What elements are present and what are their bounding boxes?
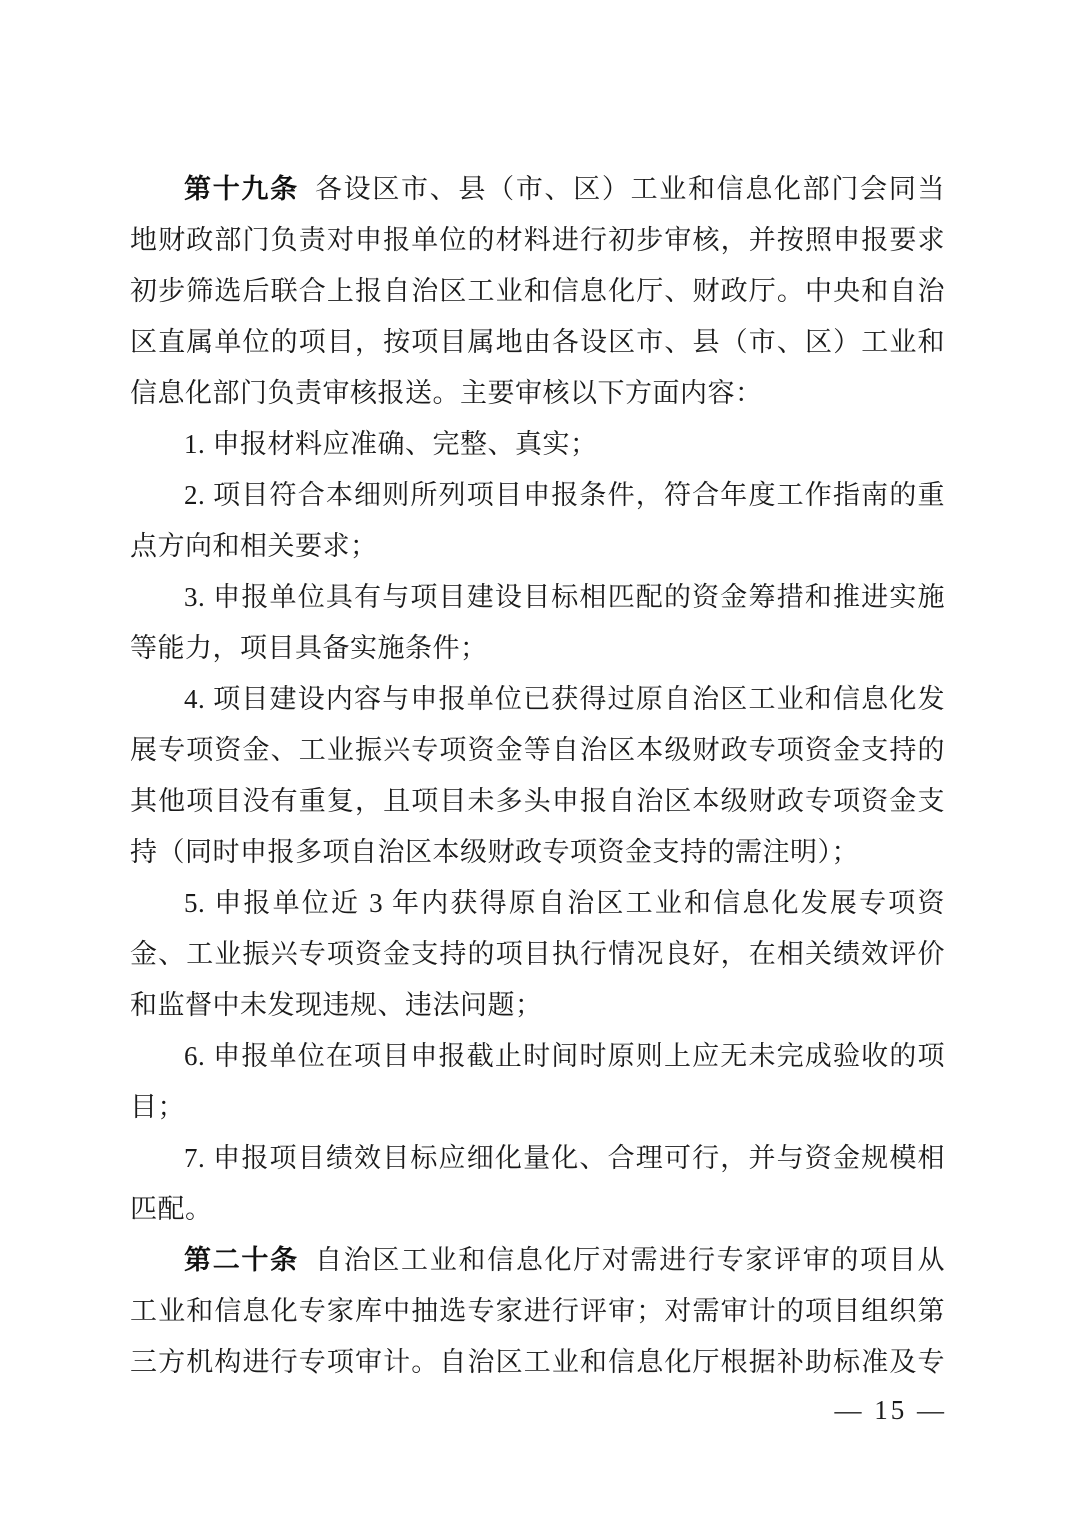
text-line: 等能力，项目具备实施条件； xyxy=(130,623,945,674)
text-line: 工业和信息化专家库中抽选专家进行评审；对需审计的项目组织第 xyxy=(130,1286,945,1337)
text-line: 5. 申报单位近 3 年内获得原自治区工业和信息化发展专项资 xyxy=(130,878,945,929)
text-line: 初步筛选后联合上报自治区工业和信息化厅、财政厅。中央和自治 xyxy=(130,266,945,317)
text-line: 地财政部门负责对申报单位的材料进行初步审核，并按照申报要求 xyxy=(130,215,945,266)
text-line: 6. 申报单位在项目申报截止时间时原则上应无未完成验收的项 xyxy=(130,1031,945,1082)
text-line: 第十九条各设区市、县（市、区）工业和信息化部门会同当 xyxy=(130,164,945,215)
article-number: 第二十条 xyxy=(184,1245,299,1275)
line-text: 三方机构进行专项审计。自治区工业和信息化厅根据补助标准及专 xyxy=(130,1347,945,1377)
line-text: 地财政部门负责对申报单位的材料进行初步审核，并按照申报要求 xyxy=(130,225,945,255)
text-line: 7. 申报项目绩效目标应细化量化、合理可行，并与资金规模相 xyxy=(130,1133,945,1184)
line-text: 等能力，项目具备实施条件； xyxy=(130,633,488,663)
line-text: 点方向和相关要求； xyxy=(130,531,378,561)
line-text: 自治区工业和信息化厅对需进行专家评审的项目从 xyxy=(315,1245,945,1275)
line-text: 金、工业振兴专项资金支持的项目执行情况良好，在相关绩效评价 xyxy=(130,939,945,969)
line-text: 3. 申报单位具有与项目建设目标相匹配的资金筹措和推进实施 xyxy=(184,582,945,612)
line-text: 2. 项目符合本细则所列项目申报条件，符合年度工作指南的重 xyxy=(184,480,945,510)
line-text: 1. 申报材料应准确、完整、真实； xyxy=(184,429,598,459)
text-line: 三方机构进行专项审计。自治区工业和信息化厅根据补助标准及专 xyxy=(130,1337,945,1388)
line-text: 展专项资金、工业振兴专项资金等自治区本级财政专项资金支持的 xyxy=(130,735,945,765)
line-text: 匹配。 xyxy=(130,1194,213,1224)
text-line: 2. 项目符合本细则所列项目申报条件，符合年度工作指南的重 xyxy=(130,470,945,521)
article-number: 第十九条 xyxy=(184,174,299,204)
line-text: 持（同时申报多项自治区本级财政专项资金支持的需注明）； xyxy=(130,837,859,867)
text-line: 匹配。 xyxy=(130,1184,945,1235)
text-line: 持（同时申报多项自治区本级财政专项资金支持的需注明）； xyxy=(130,827,945,878)
line-text: 目； xyxy=(130,1092,185,1122)
text-line: 金、工业振兴专项资金支持的项目执行情况良好，在相关绩效评价 xyxy=(130,929,945,980)
text-line: 点方向和相关要求； xyxy=(130,521,945,572)
text-line: 其他项目没有重复，且项目未多头申报自治区本级财政专项资金支 xyxy=(130,776,945,827)
line-text: 工业和信息化专家库中抽选专家进行评审；对需审计的项目组织第 xyxy=(130,1296,945,1326)
text-line: 信息化部门负责审核报送。主要审核以下方面内容： xyxy=(130,368,945,419)
line-text: 5. 申报单位近 3 年内获得原自治区工业和信息化发展专项资 xyxy=(184,888,945,918)
page-number: — 15 — xyxy=(835,1395,948,1425)
text-line: 和监督中未发现违规、违法问题； xyxy=(130,980,945,1031)
text-line: 4. 项目建设内容与申报单位已获得过原自治区工业和信息化发 xyxy=(130,674,945,725)
line-text: 和监督中未发现违规、违法问题； xyxy=(130,990,543,1020)
text-line: 展专项资金、工业振兴专项资金等自治区本级财政专项资金支持的 xyxy=(130,725,945,776)
line-text: 各设区市、县（市、区）工业和信息化部门会同当 xyxy=(315,174,945,204)
text-line: 目； xyxy=(130,1082,945,1133)
line-text: 7. 申报项目绩效目标应细化量化、合理可行，并与资金规模相 xyxy=(184,1143,945,1173)
document-body: 第十九条各设区市、县（市、区）工业和信息化部门会同当地财政部门负责对申报单位的材… xyxy=(130,164,945,1388)
line-text: 6. 申报单位在项目申报截止时间时原则上应无未完成验收的项 xyxy=(184,1041,945,1071)
line-text: 信息化部门负责审核报送。主要审核以下方面内容： xyxy=(130,378,763,408)
line-text: 区直属单位的项目，按项目属地由各设区市、县（市、区）工业和 xyxy=(130,327,945,357)
document-page: 第十九条各设区市、县（市、区）工业和信息化部门会同当地财政部门负责对申报单位的材… xyxy=(0,0,1074,1520)
line-text: 其他项目没有重复，且项目未多头申报自治区本级财政专项资金支 xyxy=(130,786,945,816)
text-line: 第二十条自治区工业和信息化厅对需进行专家评审的项目从 xyxy=(130,1235,945,1286)
line-text: 初步筛选后联合上报自治区工业和信息化厅、财政厅。中央和自治 xyxy=(130,276,945,306)
text-line: 1. 申报材料应准确、完整、真实； xyxy=(130,419,945,470)
text-line: 区直属单位的项目，按项目属地由各设区市、县（市、区）工业和 xyxy=(130,317,945,368)
line-text: 4. 项目建设内容与申报单位已获得过原自治区工业和信息化发 xyxy=(184,684,945,714)
text-line: 3. 申报单位具有与项目建设目标相匹配的资金筹措和推进实施 xyxy=(130,572,945,623)
